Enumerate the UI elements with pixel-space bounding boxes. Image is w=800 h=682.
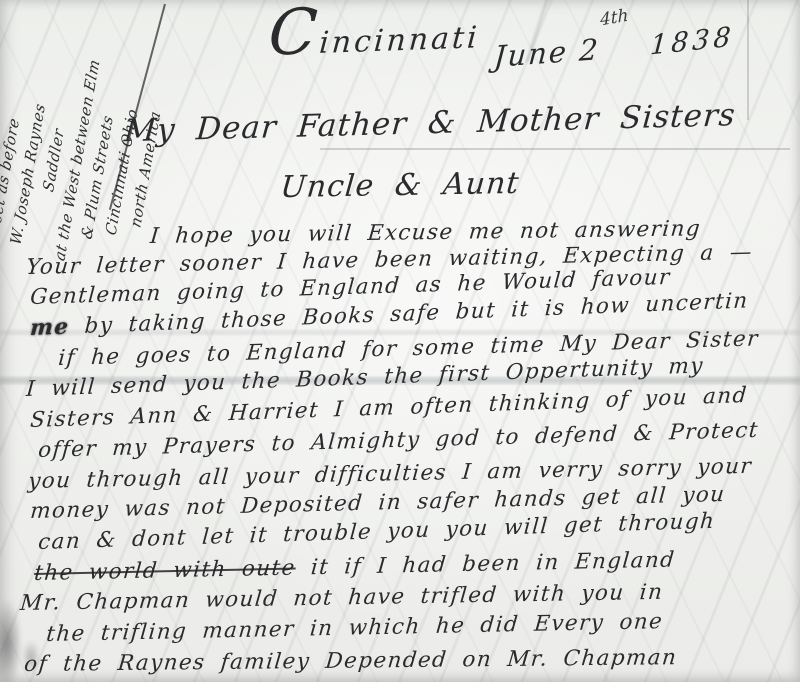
letter-page: Direct as before W. Joseph Raynes Saddle… — [0, 0, 800, 682]
letter-body: I hope you will Excuse me not answering … — [0, 224, 800, 682]
inkblot-word: me — [29, 314, 70, 341]
dateline-day-superscript: 4th — [600, 5, 629, 30]
letter-line: of the Raynes familey Depended on Mr. Ch… — [23, 644, 800, 682]
letter-line-text: it if I had been in England — [295, 547, 677, 580]
paper-crease — [320, 148, 790, 150]
dateline-year: 1838 — [649, 21, 735, 61]
dateline-month-day: June 2 — [493, 32, 601, 74]
struck-through-words: the world with oute — [33, 555, 297, 586]
dateline-place: Cincinnati — [267, 20, 481, 62]
